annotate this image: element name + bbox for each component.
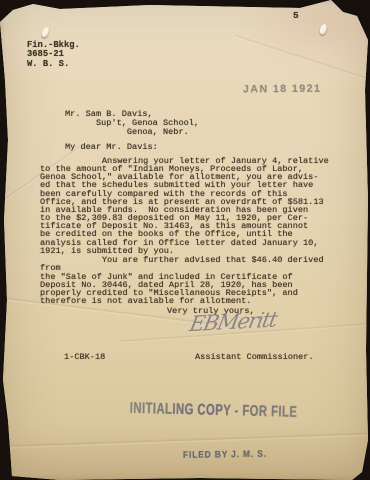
paper-crease [0,431,370,450]
initialing-copy-stamp: INITIALING COPY - FOR FILE [130,399,298,420]
page-number: 5 [293,10,299,21]
punch-hole-right [319,23,328,35]
reference-code: 1-CBK-18 [64,352,105,362]
body-paragraph-2: You are further advised that $46.40 deri… [40,256,340,306]
letter-paper: 5 Fin.-Bkkg. 3685-21 W. B. S. JAN 18 192… [0,0,370,480]
recipient-address: Mr. Sam B. Davis, Sup't, Genoa School, G… [65,110,199,137]
body-paragraph-1: Answering your letter of January 4, rela… [40,157,340,255]
date-received-stamp: JAN 18 1921 [243,83,321,96]
punch-hole-left [40,26,50,39]
paper-crease [234,34,370,90]
scan-background: { "letter": { "page_number": "5", "file_… [0,0,370,480]
salutation: My dear Mr. Davis: [65,142,158,152]
signer-title: Assistant Commissioner. [195,352,314,362]
filed-by-stamp: FILED BY J. M. S. [183,448,267,460]
file-code-block: Fin.-Bkkg. 3685-21 W. B. S. [27,41,80,69]
signature-script: EBMeritt [188,306,313,337]
